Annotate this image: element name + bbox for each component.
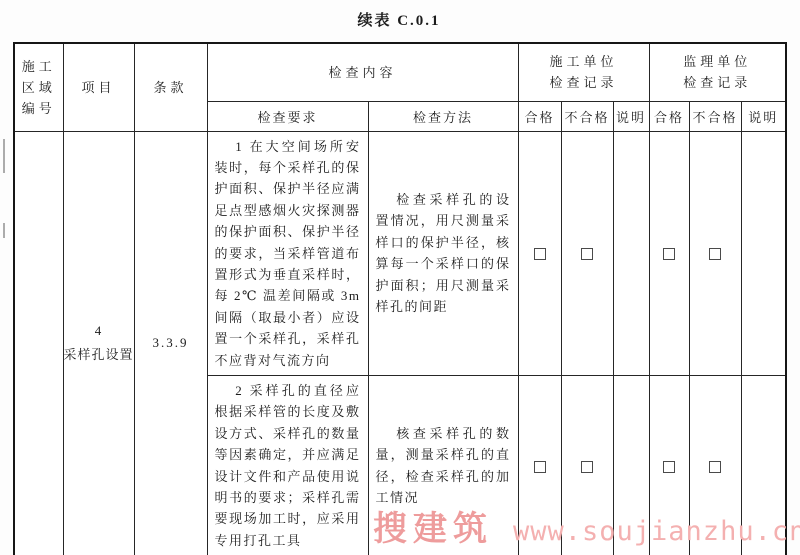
requirement-text-2: 2 采样孔的直径应根据采样管的长度及敷设方式、采样孔的数量等因素确定，并应满足设… [215,380,361,551]
scan-artifact [3,223,5,238]
builder-note-cell-2 [613,375,649,555]
header-supervisor-pass: 合格 [649,101,689,131]
item-name: 采样孔设置 [64,343,134,367]
header-supervisor-fail: 不合格 [689,101,741,131]
header-builder-line: 检查记录 [519,72,649,93]
requirement-text-1: 1 在大空间场所安装时，每个采样孔的保护面积、保护半径应满足点型感烟火灾探测器的… [215,136,361,371]
header-supervisor-note: 说明 [741,101,786,131]
builder-note-cell-1 [613,131,649,375]
header-builder-fail: 不合格 [561,101,613,131]
header-supervisor-record: 监理单位 检查记录 [649,43,786,101]
builder-fail-checkbox-icon[interactable] [581,248,593,260]
supervisor-fail-checkbox-icon[interactable] [709,461,721,473]
supervisor-pass-checkbox-icon[interactable] [663,248,675,260]
header-builder-record: 施工单位 检查记录 [518,43,649,101]
requirement-cell-2: 2 采样孔的直径应根据采样管的长度及敷设方式、采样孔的数量等因素确定，并应满足设… [207,375,368,555]
supervisor-fail-checkbox-icon[interactable] [709,248,721,260]
header-region: 施工 区域 编号 [14,43,63,131]
scan-artifact [3,139,5,173]
requirement-cell-1: 1 在大空间场所安装时，每个采样孔的保护面积、保护半径应满足点型感烟火灾探测器的… [207,131,368,375]
header-region-line: 区域 [15,77,63,98]
clause-cell: 3.3.9 [134,131,207,555]
supervisor-pass-checkbox-icon[interactable] [663,461,675,473]
region-no-cell [14,131,63,555]
inspection-table: 施工 区域 编号 项目 条款 检查内容 施工单位 检查记录 监理单位 检查记录 … [13,42,787,555]
builder-fail-cell-2 [561,375,613,555]
method-cell-1: 检查采样孔的设置情况，用尺测量采样口的保护半径，核算每一个采样口的保护面积；用尺… [368,131,518,375]
header-content: 检查内容 [207,43,518,101]
builder-pass-checkbox-icon[interactable] [534,461,546,473]
builder-pass-checkbox-icon[interactable] [534,248,546,260]
method-cell-2: 核查采样孔的数量，测量采样孔的直径，检查采样孔的加工情况 [368,375,518,555]
header-requirement: 检查要求 [207,101,368,131]
supervisor-pass-cell-1 [649,131,689,375]
builder-pass-cell-2 [518,375,561,555]
header-clause: 条款 [134,43,207,131]
supervisor-note-cell-1 [741,131,786,375]
item-cell: 4 采样孔设置 [63,131,134,555]
header-builder-line: 施工单位 [519,51,649,72]
supervisor-fail-cell-2 [689,375,741,555]
supervisor-note-cell-2 [741,375,786,555]
header-region-line: 编号 [15,98,63,119]
header-item: 项目 [63,43,134,131]
supervisor-fail-cell-1 [689,131,741,375]
item-number: 4 [64,319,134,343]
header-region-line: 施工 [15,56,63,77]
header-builder-note: 说明 [613,101,649,131]
builder-pass-cell-1 [518,131,561,375]
supervisor-pass-cell-2 [649,375,689,555]
builder-fail-checkbox-icon[interactable] [581,461,593,473]
header-method: 检查方法 [368,101,518,131]
builder-fail-cell-1 [561,131,613,375]
method-text-1: 检查采样孔的设置情况，用尺测量采样口的保护半径，核算每一个采样口的保护面积；用尺… [376,189,511,317]
header-builder-pass: 合格 [518,101,561,131]
method-text-2: 核查采样孔的数量，测量采样孔的直径，检查采样孔的加工情况 [376,423,511,509]
header-supervisor-line: 检查记录 [650,72,786,93]
header-supervisor-line: 监理单位 [650,51,786,72]
page-title: 续表 C.0.1 [13,9,785,30]
